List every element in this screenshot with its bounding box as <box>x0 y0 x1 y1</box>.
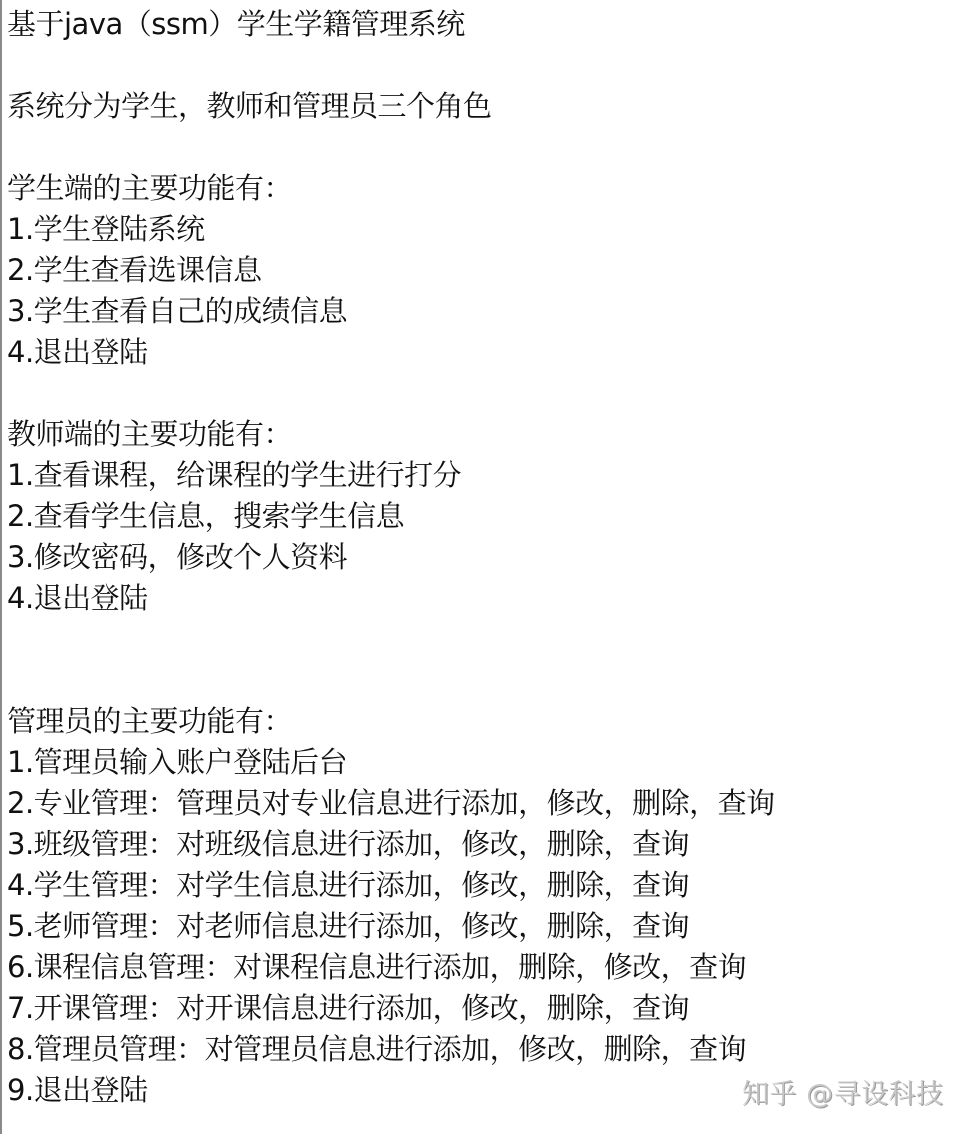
list-item: 2.学生查看选课信息 <box>7 250 976 291</box>
section-heading: 管理员的主要功能有： <box>7 701 976 742</box>
list-item: 1.查看课程，给课程的学生进行打分 <box>7 455 976 496</box>
list-item: 2.查看学生信息，搜索学生信息 <box>7 496 976 537</box>
list-item: 4.退出登陆 <box>7 578 976 619</box>
teacher-section: 教师端的主要功能有： 1.查看课程，给课程的学生进行打分 2.查看学生信息，搜索… <box>7 414 976 619</box>
list-item: 1.管理员输入账户登陆后台 <box>7 742 976 783</box>
zhihu-watermark: 知乎 @寻设科技 <box>742 1077 944 1113</box>
blank-line <box>7 660 976 701</box>
list-item: 4.学生管理：对学生信息进行添加，修改，删除，查询 <box>7 865 976 906</box>
list-item: 4.退出登陆 <box>7 332 976 373</box>
list-item: 3.班级管理：对班级信息进行添加，修改，删除，查询 <box>7 824 976 865</box>
section-heading: 学生端的主要功能有： <box>7 168 976 209</box>
student-section: 学生端的主要功能有： 1.学生登陆系统 2.学生查看选课信息 3.学生查看自己的… <box>7 168 976 373</box>
document-title: 基于java（ssm）学生学籍管理系统 <box>7 4 976 45</box>
list-item: 3.学生查看自己的成绩信息 <box>7 291 976 332</box>
list-item: 1.学生登陆系统 <box>7 209 976 250</box>
document-body: 基于java（ssm）学生学籍管理系统 系统分为学生，教师和管理员三个角色 学生… <box>7 4 976 1111</box>
blank-line <box>7 127 976 168</box>
section-heading: 教师端的主要功能有： <box>7 414 976 455</box>
list-item: 5.老师管理：对老师信息进行添加，修改，删除，查询 <box>7 906 976 947</box>
list-item: 6.课程信息管理：对课程信息进行添加，删除，修改，查询 <box>7 947 976 988</box>
list-item: 8.管理员管理：对管理员信息进行添加，修改，删除，查询 <box>7 1029 976 1070</box>
admin-section: 管理员的主要功能有： 1.管理员输入账户登陆后台 2.专业管理：管理员对专业信息… <box>7 701 976 1111</box>
list-item: 3.修改密码，修改个人资料 <box>7 537 976 578</box>
list-item: 2.专业管理：管理员对专业信息进行添加，修改，删除，查询 <box>7 783 976 824</box>
document-intro: 系统分为学生，教师和管理员三个角色 <box>7 86 976 127</box>
blank-line <box>7 619 976 660</box>
left-border-line <box>0 0 2 1134</box>
blank-line <box>7 45 976 86</box>
list-item: 7.开课管理：对开课信息进行添加，修改，删除，查询 <box>7 988 976 1029</box>
blank-line <box>7 373 976 414</box>
